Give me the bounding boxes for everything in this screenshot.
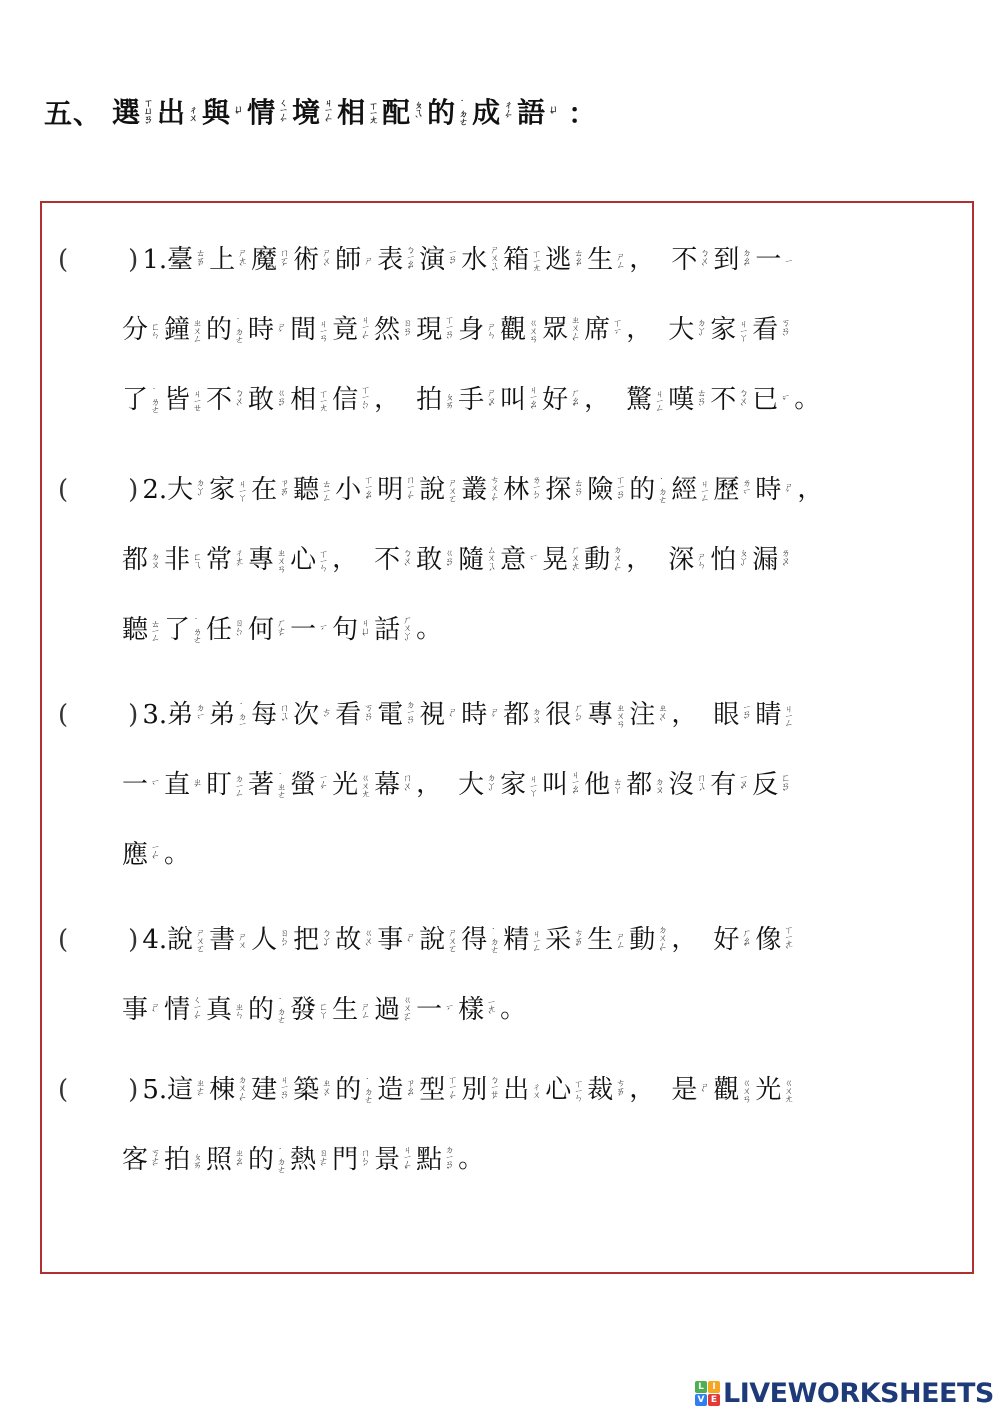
hanzi: 臺 bbox=[167, 245, 193, 275]
zhuyin-annotation: ˙ㄉㄧ bbox=[236, 703, 245, 726]
zhuyin-annotation: ㄧㄢˇ bbox=[740, 703, 749, 726]
annotated-character: 過ㄍㄨㄛˋ bbox=[374, 995, 410, 1025]
zhuyin-annotation: ㄙㄨㄟˊ bbox=[485, 545, 494, 575]
hanzi: 照 bbox=[206, 1145, 232, 1175]
zhuyin-annotation: ㄒㄧˊ bbox=[611, 318, 620, 341]
zhuyin-annotation: ㄧㄢˇ bbox=[446, 248, 455, 271]
hanzi: 一 bbox=[416, 995, 442, 1025]
hanzi: 與 bbox=[202, 98, 231, 128]
annotated-character: 明ㄇㄧㄥˊ bbox=[377, 475, 413, 505]
zhuyin-annotation: ㄔㄨ bbox=[187, 105, 196, 121]
question-1-line: 了˙ㄌㄜ皆ㄐㄧㄝ不ㄅㄨˋ敢ㄍㄢˇ相ㄒㄧㄤ信ㄒㄧㄣˋ，拍ㄆㄞ手ㄕㄡˇ叫ㄐㄧㄠˋ好ㄏ… bbox=[122, 378, 836, 415]
zhuyin-annotation: ˙ㄉㄜ bbox=[275, 998, 284, 1023]
hanzi: 不 bbox=[671, 245, 697, 275]
annotated-character: 家ㄐㄧㄚ bbox=[209, 475, 245, 505]
annotated-character: 叫ㄐㄧㄠˋ bbox=[542, 770, 578, 800]
zhuyin-annotation: ㄒㄧㄠˇ bbox=[362, 475, 371, 505]
annotated-character: 說ㄕㄨㄛ bbox=[167, 925, 203, 955]
punctuation: ， bbox=[626, 308, 652, 345]
zhuyin-annotation: ㄌㄧㄣˊ bbox=[530, 475, 539, 505]
zhuyin-annotation: ㄍㄨㄤ bbox=[782, 1078, 791, 1102]
zhuyin-annotation: ㄗㄞˋ bbox=[278, 478, 287, 503]
zhuyin-annotation: ㄅㄨˋ bbox=[233, 388, 242, 413]
zhuyin-annotation: ㄅㄧㄠˇ bbox=[404, 245, 413, 275]
zhuyin-annotation: ㄎㄢˋ bbox=[362, 703, 371, 728]
answer-blank-2[interactable] bbox=[68, 477, 128, 505]
annotated-character: 動ㄉㄨㄥˋ bbox=[584, 545, 620, 575]
zhuyin-annotation: ㄘㄞˇ bbox=[572, 928, 581, 953]
question-number: 5. bbox=[142, 1075, 167, 1105]
hanzi: 反 bbox=[752, 770, 778, 800]
annotated-character: 次ㄘˋ bbox=[293, 700, 329, 730]
zhuyin-annotation: ㄊㄚ bbox=[611, 777, 620, 793]
hanzi: 水 bbox=[461, 245, 487, 275]
question-2-line: ()2.大ㄉㄚˋ家ㄐㄧㄚ在ㄗㄞˋ聽ㄊㄧㄥ小ㄒㄧㄠˇ明ㄇㄧㄥˊ說ㄕㄨㄛ叢ㄘㄨㄥˊ林… bbox=[58, 468, 839, 505]
annotated-character: 直ㄓˊ bbox=[164, 770, 200, 800]
hanzi: 鐘 bbox=[164, 315, 190, 345]
hanzi: 歷 bbox=[713, 475, 739, 505]
zhuyin-annotation: ㄒㄧㄥˊ bbox=[446, 1075, 455, 1105]
annotated-character: 隨ㄙㄨㄟˊ bbox=[458, 545, 494, 575]
hanzi: 很 bbox=[545, 700, 571, 730]
punctuation: 。 bbox=[416, 608, 442, 645]
hanzi: 在 bbox=[251, 475, 277, 505]
hanzi: 建 bbox=[251, 1075, 277, 1105]
zhuyin-annotation: ㄕㄨㄛ bbox=[446, 928, 455, 952]
punctuation: 。 bbox=[794, 378, 820, 415]
zhuyin-annotation: ㄉㄧㄢˇ bbox=[443, 1145, 452, 1175]
answer-paren-open: ( bbox=[58, 475, 68, 505]
hanzi: 光 bbox=[332, 770, 358, 800]
hanzi: 明 bbox=[377, 475, 403, 505]
zhuyin-annotation: ㄉㄡ bbox=[149, 552, 158, 568]
zhuyin-annotation: ㄧㄡˇ bbox=[737, 773, 746, 796]
hanzi: 螢 bbox=[290, 770, 316, 800]
annotated-character: 生ㄕㄥ bbox=[332, 995, 368, 1025]
annotated-character: 魔ㄇㄛˊ bbox=[251, 245, 287, 275]
annotated-character: 眾ㄓㄨㄥˋ bbox=[542, 315, 578, 345]
hanzi: 上 bbox=[209, 245, 235, 275]
annotated-character: 了˙ㄌㄜ bbox=[164, 615, 200, 645]
hanzi: 應 bbox=[122, 840, 148, 870]
hanzi: 得 bbox=[461, 925, 487, 955]
hanzi: 身 bbox=[458, 315, 484, 345]
hanzi: 故 bbox=[335, 925, 361, 955]
zhuyin-annotation: ㄊㄢˋ bbox=[572, 478, 581, 503]
hanzi: 時 bbox=[461, 700, 487, 730]
zhuyin-annotation: ㄊㄞˊ bbox=[194, 248, 203, 273]
zhuyin-annotation: ㄓㄣ bbox=[233, 1002, 242, 1018]
zhuyin-annotation: ㄎㄜˋ bbox=[149, 1148, 158, 1173]
hanzi: 時 bbox=[755, 475, 781, 505]
zhuyin-annotation: ㄓㄨㄢ bbox=[614, 703, 623, 727]
answer-blank-5[interactable] bbox=[68, 1077, 128, 1105]
zhuyin-annotation: ㄇㄣˊ bbox=[359, 1148, 368, 1173]
zhuyin-annotation: ㄧˋ bbox=[527, 552, 536, 567]
zhuyin-annotation: ㄉㄧㄢˋ bbox=[404, 700, 413, 730]
zhuyin-annotation: ㄖㄣˋ bbox=[233, 618, 242, 643]
annotated-character: 造ㄗㄠˋ bbox=[377, 1075, 413, 1105]
hanzi: 電 bbox=[377, 700, 403, 730]
zhuyin-annotation: ㄓㄜˋ bbox=[194, 1078, 203, 1103]
punctuation: ， bbox=[629, 238, 655, 275]
annotated-character: 探ㄊㄢˋ bbox=[545, 475, 581, 505]
zhuyin-annotation: ㄓㄨˋ bbox=[656, 703, 665, 728]
hanzi: 非 bbox=[164, 545, 190, 575]
annotated-character: 精ㄐㄧㄥ bbox=[503, 925, 539, 955]
hanzi: 探 bbox=[545, 475, 571, 505]
annotated-character: 不ㄅㄨˋ bbox=[671, 245, 707, 275]
hanzi: 睛 bbox=[755, 700, 781, 730]
zhuyin-annotation: ㄇㄧㄥˊ bbox=[404, 475, 413, 505]
hanzi: 了 bbox=[122, 385, 148, 415]
annotated-character: 時ㄕˊ bbox=[755, 475, 791, 505]
annotated-character: 境ㄐㄧㄥˋ bbox=[292, 98, 331, 128]
punctuation: ， bbox=[629, 1068, 655, 1105]
hanzi: 叫 bbox=[500, 385, 526, 415]
zhuyin-annotation: ㄆㄞ bbox=[191, 1152, 200, 1168]
zhuyin-annotation: ㄈㄟ bbox=[191, 552, 200, 568]
answer-paren-open: ( bbox=[58, 1075, 68, 1105]
punctuation: ， bbox=[626, 538, 652, 575]
annotated-character: 小ㄒㄧㄠˇ bbox=[335, 475, 371, 505]
zhuyin-annotation: ㄒㄧㄣ bbox=[317, 549, 326, 571]
hanzi: 客 bbox=[122, 1145, 148, 1175]
annotated-character: 皆ㄐㄧㄝ bbox=[164, 385, 200, 415]
hanzi: 弟 bbox=[209, 700, 235, 730]
zhuyin-annotation: ㄕˊ bbox=[275, 322, 284, 339]
zhuyin-annotation: ㄆㄞ bbox=[443, 392, 452, 408]
annotated-character: 好ㄏㄠˇ bbox=[713, 925, 749, 955]
hanzi: 都 bbox=[503, 700, 529, 730]
hanzi: 逃 bbox=[545, 245, 571, 275]
hanzi: 語 bbox=[517, 98, 546, 128]
hanzi: 精 bbox=[503, 925, 529, 955]
hanzi: 話 bbox=[374, 615, 400, 645]
hanzi: 采 bbox=[545, 925, 571, 955]
annotated-character: 景ㄐㄧㄥˇ bbox=[374, 1145, 410, 1175]
annotated-character: 型ㄒㄧㄥˊ bbox=[419, 1075, 455, 1105]
annotated-character: 光ㄍㄨㄤ bbox=[332, 770, 368, 800]
zhuyin-annotation: ㄧˋ bbox=[149, 777, 158, 792]
annotated-character: 大ㄉㄚˋ bbox=[167, 475, 203, 505]
annotated-character: 樣ㄧㄤˋ bbox=[458, 995, 494, 1025]
zhuyin-annotation: ㄅㄨˋ bbox=[737, 388, 746, 413]
annotated-character: 的˙ㄉㄜ bbox=[248, 1145, 284, 1175]
hanzi: 書 bbox=[209, 925, 235, 955]
hanzi: 手 bbox=[458, 385, 484, 415]
annotated-character: 術ㄕㄨˋ bbox=[293, 245, 329, 275]
hanzi: 常 bbox=[206, 545, 232, 575]
zhuyin-annotation: ㄐㄧㄥˋ bbox=[322, 98, 331, 128]
zhuyin-annotation: ㄌㄡˋ bbox=[779, 548, 788, 573]
question-3-line: 一ㄧˋ直ㄓˊ盯ㄉㄧㄥ著˙ㄓㄜ螢ㄧㄥˊ光ㄍㄨㄤ幕ㄇㄨˋ，大ㄉㄚˋ家ㄐㄧㄚ叫ㄐㄧㄠˋ… bbox=[122, 763, 794, 800]
hanzi: 任 bbox=[206, 615, 232, 645]
logo-letter-tile: V bbox=[695, 1394, 707, 1406]
answer-paren-close: ) bbox=[128, 700, 138, 730]
annotated-character: 光ㄍㄨㄤ bbox=[755, 1075, 791, 1105]
hanzi: 眼 bbox=[713, 700, 739, 730]
logo-letter-tile: E bbox=[708, 1394, 720, 1406]
annotated-character: 聽ㄊㄧㄥ bbox=[122, 615, 158, 645]
annotated-character: 沒ㄇㄟˊ bbox=[668, 770, 704, 800]
annotated-character: 到ㄉㄠˋ bbox=[713, 245, 749, 275]
annotated-character: 非ㄈㄟ bbox=[164, 545, 200, 575]
zhuyin-annotation: ㄆㄟˋ bbox=[412, 100, 421, 125]
hanzi: 人 bbox=[251, 925, 277, 955]
hanzi: 樣 bbox=[458, 995, 484, 1025]
answer-blank-3[interactable] bbox=[68, 702, 128, 730]
annotated-character: 觀ㄍㄨㄢ bbox=[500, 315, 536, 345]
annotated-character: 不ㄅㄨˋ bbox=[374, 545, 410, 575]
annotated-character: 險ㄒㄧㄢˇ bbox=[587, 475, 623, 505]
zhuyin-annotation: ㄒㄩㄢˇ bbox=[142, 98, 151, 128]
hanzi: 著 bbox=[248, 770, 274, 800]
zhuyin-annotation: ㄎㄢˋ bbox=[779, 318, 788, 343]
zhuyin-annotation: ㄍㄨㄛˋ bbox=[401, 995, 410, 1025]
annotated-character: 出ㄔㄨ bbox=[157, 98, 196, 128]
zhuyin-annotation: ㄕˋ bbox=[404, 932, 413, 949]
zhuyin-annotation: ㄒㄧㄣˋ bbox=[359, 385, 368, 415]
zhuyin-annotation: ㄓㄨㄢ bbox=[275, 548, 284, 572]
zhuyin-annotation: ㄈㄚ bbox=[317, 1002, 326, 1018]
hanzi: 表 bbox=[377, 245, 403, 275]
hanzi: 盯 bbox=[206, 770, 232, 800]
hanzi: 觀 bbox=[713, 1075, 739, 1105]
annotated-character: 采ㄘㄞˇ bbox=[545, 925, 581, 955]
hanzi: 何 bbox=[248, 615, 274, 645]
section-title: 五、 選ㄒㄩㄢˇ出ㄔㄨ與ㄩˇ情ㄑㄧㄥˊ境ㄐㄧㄥˋ相ㄒㄧㄤ配ㄆㄟˋ的˙ㄉㄜ成ㄔㄥˊ… bbox=[44, 92, 597, 132]
zhuyin-annotation: ㄖㄣˊ bbox=[278, 928, 287, 953]
zhuyin-annotation: ㄑㄧㄥˊ bbox=[277, 98, 286, 128]
hanzi: 說 bbox=[419, 925, 445, 955]
annotated-character: 說ㄕㄨㄛ bbox=[419, 925, 455, 955]
question-4-line: ()4.說ㄕㄨㄛ書ㄕㄨ人ㄖㄣˊ把ㄅㄚˇ故ㄍㄨˋ事ㄕˋ說ㄕㄨㄛ得˙ㄉㄜ精ㄐㄧㄥ采ㄘ… bbox=[58, 918, 797, 955]
annotated-character: 了˙ㄌㄜ bbox=[122, 385, 158, 415]
hanzi: 情 bbox=[164, 995, 190, 1025]
hanzi: 叫 bbox=[542, 770, 568, 800]
punctuation: ， bbox=[797, 468, 823, 505]
hanzi: 驚 bbox=[626, 385, 652, 415]
annotated-character: 嘆ㄊㄢˋ bbox=[668, 385, 704, 415]
hanzi: 已 bbox=[752, 385, 778, 415]
hanzi: 把 bbox=[293, 925, 319, 955]
annotated-character: 經ㄐㄧㄥ bbox=[671, 475, 707, 505]
zhuyin-annotation: ㄒㄧㄤ bbox=[317, 389, 326, 411]
annotated-character: 相ㄒㄧㄤ bbox=[337, 98, 376, 128]
hanzi: 箱 bbox=[503, 245, 529, 275]
annotated-character: 驚ㄐㄧㄥ bbox=[626, 385, 662, 415]
zhuyin-annotation: ㄍㄢˇ bbox=[443, 548, 452, 573]
title-colon: ： bbox=[568, 92, 597, 132]
hanzi: 是 bbox=[671, 1075, 697, 1105]
zhuyin-annotation: ㄉㄡ bbox=[530, 707, 539, 723]
annotated-character: 手ㄕㄡˇ bbox=[458, 385, 494, 415]
zhuyin-annotation: ㄧㄤˋ bbox=[485, 998, 494, 1021]
hanzi: 相 bbox=[337, 98, 366, 128]
zhuyin-annotation: ㄉㄚˋ bbox=[695, 318, 704, 343]
annotated-character: 時ㄕˊ bbox=[248, 315, 284, 345]
answer-paren-close: ) bbox=[128, 475, 138, 505]
annotated-character: 建ㄐㄧㄢˋ bbox=[251, 1075, 287, 1105]
annotated-character: 把ㄅㄚˇ bbox=[293, 925, 329, 955]
hanzi: 點 bbox=[416, 1145, 442, 1175]
zhuyin-annotation: ㄌㄧˋ bbox=[740, 478, 749, 501]
hanzi: 看 bbox=[752, 315, 778, 345]
hanzi: 視 bbox=[419, 700, 445, 730]
hanzi: 怕 bbox=[710, 545, 736, 575]
hanzi: 的 bbox=[427, 98, 456, 128]
annotated-character: 他ㄊㄚ bbox=[584, 770, 620, 800]
zhuyin-annotation: ㄕˋ bbox=[698, 1082, 707, 1099]
zhuyin-annotation: ㄉㄧㄥ bbox=[233, 774, 242, 796]
annotated-character: 水ㄕㄨㄟˇ bbox=[461, 245, 497, 275]
zhuyin-annotation: ㄐㄧㄢ bbox=[317, 319, 326, 341]
hanzi: 說 bbox=[167, 925, 193, 955]
annotated-character: 築ㄓㄨˊ bbox=[293, 1075, 329, 1105]
hanzi: 專 bbox=[587, 700, 613, 730]
zhuyin-annotation: ㄅㄚˇ bbox=[320, 928, 329, 953]
logo-letter-tile: L bbox=[695, 1381, 707, 1393]
zhuyin-annotation: ㄐㄧㄚ bbox=[236, 479, 245, 501]
hanzi: 都 bbox=[122, 545, 148, 575]
zhuyin-annotation: ㄕㄥ bbox=[359, 1002, 368, 1018]
zhuyin-annotation: ㄐㄧㄥ bbox=[698, 479, 707, 501]
zhuyin-annotation: ˙ㄉㄜ bbox=[488, 928, 497, 953]
annotated-character: 照ㄓㄠˋ bbox=[206, 1145, 242, 1175]
zhuyin-annotation: ㄓㄨㄥˋ bbox=[569, 315, 578, 345]
hanzi: 漏 bbox=[752, 545, 778, 575]
annotated-character: 師ㄕ bbox=[335, 245, 371, 275]
zhuyin-annotation: ㄏㄨㄚˋ bbox=[401, 615, 410, 645]
zhuyin-annotation: ㄧ bbox=[782, 257, 791, 263]
annotated-character: 心ㄒㄧㄣ bbox=[290, 545, 326, 575]
annotated-character: 弟ㄉㄧˋ bbox=[167, 700, 203, 730]
hanzi: 聽 bbox=[293, 475, 319, 505]
zhuyin-annotation: ㄉㄚˋ bbox=[485, 773, 494, 798]
annotated-character: 每ㄇㄟˇ bbox=[251, 700, 287, 730]
answer-blank-1[interactable] bbox=[68, 247, 128, 275]
annotated-character: 書ㄕㄨ bbox=[209, 925, 245, 955]
answer-blank-4[interactable] bbox=[68, 927, 128, 955]
annotated-character: 得˙ㄉㄜ bbox=[461, 925, 497, 955]
punctuation: 。 bbox=[458, 1138, 484, 1175]
zhuyin-annotation: ㄕㄨㄛ bbox=[194, 928, 203, 952]
annotated-character: 家ㄐㄧㄚ bbox=[710, 315, 746, 345]
zhuyin-annotation: ㄊㄧㄥ bbox=[320, 479, 329, 501]
hanzi: 相 bbox=[290, 385, 316, 415]
hanzi: 到 bbox=[713, 245, 739, 275]
annotated-character: 何ㄏㄜˊ bbox=[248, 615, 284, 645]
zhuyin-annotation: ˙ㄉㄜ bbox=[233, 318, 242, 343]
annotated-character: 箱ㄒㄧㄤ bbox=[503, 245, 539, 275]
hanzi: 的 bbox=[248, 1145, 274, 1175]
annotated-character: 很ㄏㄣˇ bbox=[545, 700, 581, 730]
annotated-character: 相ㄒㄧㄤ bbox=[290, 385, 326, 415]
zhuyin-annotation: ㄉㄨㄥˋ bbox=[611, 545, 620, 575]
hanzi: 生 bbox=[587, 245, 613, 275]
zhuyin-annotation: ㄒㄧㄣ bbox=[572, 1079, 581, 1101]
zhuyin-annotation: ㄕㄣ bbox=[485, 322, 494, 338]
zhuyin-annotation: ㄍㄨㄢ bbox=[527, 318, 536, 342]
annotated-character: 選ㄒㄩㄢˇ bbox=[112, 98, 151, 128]
annotated-character: 視ㄕˋ bbox=[419, 700, 455, 730]
annotated-character: 的˙ㄉㄜ bbox=[248, 995, 284, 1025]
punctuation: 。 bbox=[164, 833, 190, 870]
annotated-character: 語ㄩˇ bbox=[517, 98, 556, 128]
annotated-character: 信ㄒㄧㄣˋ bbox=[332, 385, 368, 415]
annotated-character: 大ㄉㄚˋ bbox=[668, 315, 704, 345]
annotated-character: 看ㄎㄢˋ bbox=[335, 700, 371, 730]
hanzi: 情 bbox=[247, 98, 276, 128]
annotated-character: 心ㄒㄧㄣ bbox=[545, 1075, 581, 1105]
punctuation: ， bbox=[416, 763, 442, 800]
zhuyin-annotation: ㄇㄛˊ bbox=[278, 248, 287, 273]
hanzi: 事 bbox=[377, 925, 403, 955]
hanzi: 築 bbox=[293, 1075, 319, 1105]
annotated-character: 說ㄕㄨㄛ bbox=[419, 475, 455, 505]
hanzi: 家 bbox=[209, 475, 235, 505]
hanzi: 選 bbox=[112, 98, 141, 128]
hanzi: 叢 bbox=[461, 475, 487, 505]
zhuyin-annotation: ㄕㄨˋ bbox=[320, 248, 329, 273]
zhuyin-annotation: ㄔㄨ bbox=[530, 1082, 539, 1098]
punctuation: ， bbox=[584, 378, 610, 415]
hanzi: 大 bbox=[458, 770, 484, 800]
hanzi: 別 bbox=[461, 1075, 487, 1105]
question-1-line: 分ㄈㄣ鐘ㄓㄨㄥ的˙ㄉㄜ時ㄕˊ間ㄐㄧㄢ竟ㄐㄧㄥˋ然ㄖㄢˊ現ㄒㄧㄢˋ身ㄕㄣ觀ㄍㄨㄢ眾… bbox=[122, 308, 794, 345]
zhuyin-annotation: ㄕㄣ bbox=[695, 552, 704, 568]
annotated-character: 時ㄕˊ bbox=[461, 700, 497, 730]
zhuyin-annotation: ˙ㄉㄜ bbox=[275, 1148, 284, 1173]
question-3-line: 應ㄧㄥˋ。 bbox=[122, 833, 206, 870]
hanzi: 他 bbox=[584, 770, 610, 800]
logo-text: LIVEWORKSHEETS bbox=[723, 1378, 994, 1409]
annotated-character: 生ㄕㄥ bbox=[587, 925, 623, 955]
hanzi: 隨 bbox=[458, 545, 484, 575]
zhuyin-annotation: ㄕ bbox=[362, 256, 371, 264]
question-number: 1. bbox=[142, 245, 167, 275]
hanzi: 門 bbox=[332, 1145, 358, 1175]
zhuyin-annotation: ㄍㄨㄤ bbox=[359, 773, 368, 797]
hanzi: 林 bbox=[503, 475, 529, 505]
hanzi: 魔 bbox=[251, 245, 277, 275]
hanzi: 說 bbox=[419, 475, 445, 505]
hanzi: 專 bbox=[248, 545, 274, 575]
hanzi: 成 bbox=[472, 98, 501, 128]
annotated-character: 事ㄕˋ bbox=[377, 925, 413, 955]
hanzi: 信 bbox=[332, 385, 358, 415]
annotated-character: 敢ㄍㄢˇ bbox=[248, 385, 284, 415]
hanzi: 小 bbox=[335, 475, 361, 505]
annotated-character: 發ㄈㄚ bbox=[290, 995, 326, 1025]
hanzi: 直 bbox=[164, 770, 190, 800]
zhuyin-annotation: ㄒㄧㄢˇ bbox=[614, 475, 623, 505]
hanzi: 心 bbox=[545, 1075, 571, 1105]
zhuyin-annotation: ㄅㄨˋ bbox=[698, 248, 707, 273]
hanzi: 一 bbox=[755, 245, 781, 275]
zhuyin-annotation: ㄖㄢˊ bbox=[401, 318, 410, 343]
zhuyin-annotation: ㄕˊ bbox=[488, 707, 497, 724]
annotated-character: 與ㄩˇ bbox=[202, 98, 241, 128]
annotated-character: 敢ㄍㄢˇ bbox=[416, 545, 452, 575]
hanzi: 了 bbox=[164, 615, 190, 645]
hanzi: 過 bbox=[374, 995, 400, 1025]
zhuyin-annotation: ㄗㄠˋ bbox=[404, 1078, 413, 1103]
annotated-character: 都ㄉㄡ bbox=[626, 770, 662, 800]
annotated-character: 客ㄎㄜˋ bbox=[122, 1145, 158, 1175]
answer-paren-close: ) bbox=[128, 245, 138, 275]
